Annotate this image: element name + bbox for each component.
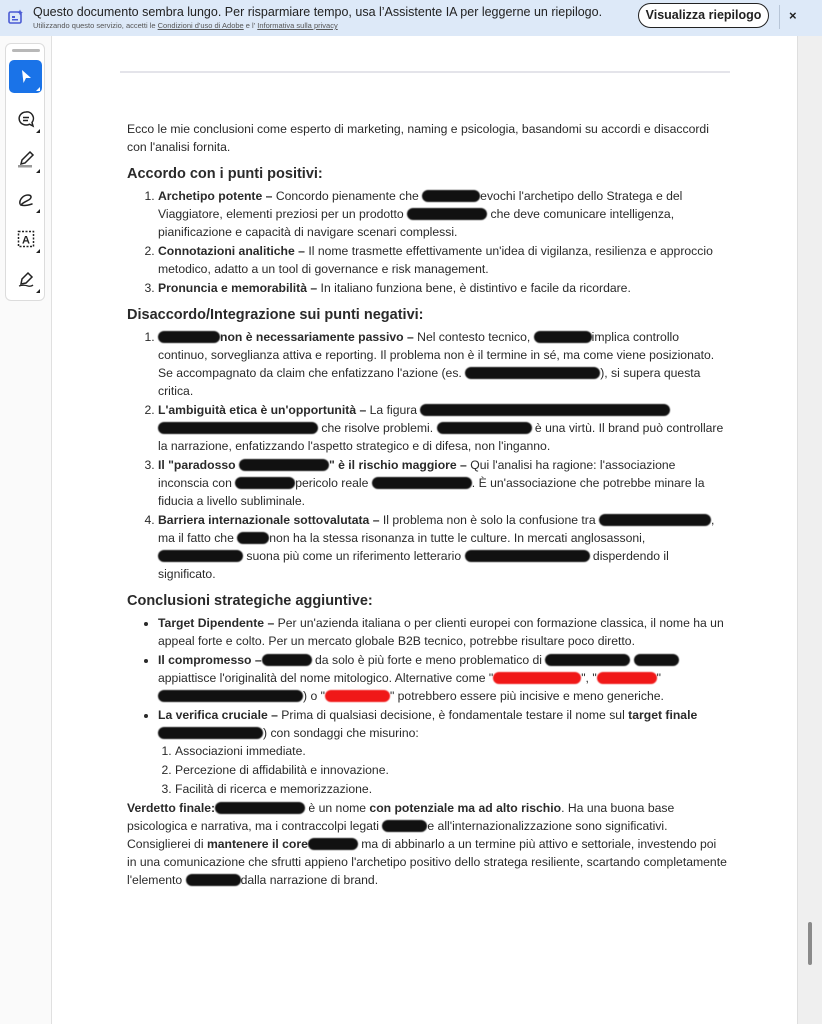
- survey-criteria-list: Associazioni immediate. Percezione di af…: [175, 742, 727, 798]
- draw-tool-button[interactable]: [9, 182, 42, 215]
- redaction: [465, 367, 600, 379]
- redaction: [237, 532, 269, 544]
- redaction: [372, 477, 472, 489]
- text-select-tool-button[interactable]: A: [9, 222, 42, 255]
- redaction: [158, 727, 263, 739]
- list-item: Connotazioni analitiche – Il nome trasme…: [158, 242, 727, 278]
- redaction: [534, 331, 592, 343]
- tool-menu-caret-icon: [36, 169, 40, 173]
- redaction: [465, 550, 590, 562]
- tool-menu-caret-icon: [36, 129, 40, 133]
- redaction: [420, 404, 670, 416]
- redaction: [597, 672, 657, 684]
- scrollbar-thumb[interactable]: [808, 922, 812, 965]
- list-item: Target Dipendente – Per un'azienda itali…: [158, 614, 727, 650]
- highlighter-pen-icon: [16, 149, 36, 169]
- list-item: Percezione di affidabilità e innovazione…: [175, 761, 727, 779]
- list-item: Barriera internazionale sottovalutata – …: [158, 511, 727, 583]
- redaction: [422, 190, 480, 202]
- banner-message: Questo documento sembra lungo. Per rispa…: [33, 5, 602, 19]
- list-item: Associazioni immediate.: [175, 742, 727, 760]
- redaction: [158, 550, 243, 562]
- list-item: Il compromesso – da solo è più forte e m…: [158, 651, 727, 705]
- comment-tool-button[interactable]: [9, 102, 42, 135]
- cursor-arrow-icon: [16, 67, 36, 87]
- redaction: [493, 672, 581, 684]
- section-heading-disagreement: Disaccordo/Integrazione sui punti negati…: [127, 305, 727, 325]
- list-item: Archetipo potente – Concordo pienamente …: [158, 187, 727, 241]
- redaction: [262, 654, 312, 666]
- strategic-list: Target Dipendente – Per un'azienda itali…: [158, 614, 727, 798]
- redaction: [599, 514, 711, 526]
- highlight-tool-button[interactable]: [9, 142, 42, 175]
- banner-separator: [779, 5, 780, 29]
- legal-prefix: Utilizzando questo servizio, accetti le: [33, 21, 158, 30]
- legal-mid: e l': [244, 21, 258, 30]
- redaction: [215, 802, 305, 814]
- disagreement-list: non è necessariamente passivo – Nel cont…: [158, 328, 727, 583]
- redaction: [239, 459, 329, 471]
- list-item: La verifica cruciale – Prima di qualsias…: [158, 706, 727, 798]
- document-content: Ecco le mie conclusioni come esperto di …: [127, 120, 727, 889]
- privacy-link[interactable]: Informativa sulla privacy: [257, 21, 337, 30]
- text-box-select-icon: A: [16, 229, 36, 249]
- redaction: [382, 820, 427, 832]
- list-item: L'ambiguità etica è un'opportunità – La …: [158, 401, 727, 455]
- comment-icon: [16, 109, 36, 129]
- redaction: [437, 422, 532, 434]
- redaction: [158, 690, 303, 702]
- annotation-toolbar: A: [5, 43, 45, 301]
- list-item: Facilità di ricerca e memorizzazione.: [175, 780, 727, 798]
- sign-pen-icon: [16, 269, 36, 289]
- redaction: [545, 654, 630, 666]
- redaction: [325, 690, 390, 702]
- tool-menu-caret-icon: [36, 87, 40, 91]
- intro-paragraph: Ecco le mie conclusioni come esperto di …: [127, 120, 727, 156]
- sign-tool-button[interactable]: [9, 262, 42, 295]
- toolbar-drag-handle[interactable]: [12, 49, 40, 52]
- redaction: [158, 331, 220, 343]
- section-heading-strategic: Conclusioni strategiche aggiuntive:: [127, 591, 727, 611]
- vertical-scrollbar[interactable]: [797, 36, 822, 1024]
- redaction: [634, 654, 679, 666]
- ai-assistant-banner: Questo documento sembra lungo. Per rispa…: [0, 0, 822, 36]
- final-verdict: Verdetto finale: è un nome con potenzial…: [127, 799, 727, 889]
- document-page: Ecco le mie conclusioni come esperto di …: [52, 36, 797, 1024]
- view-summary-button[interactable]: Visualizza riepilogo: [638, 3, 769, 28]
- list-item: Pronuncia e memorabilità – In italiano f…: [158, 279, 727, 297]
- redaction: [308, 838, 358, 850]
- svg-text:A: A: [22, 234, 30, 246]
- page-divider: [120, 71, 730, 73]
- tool-menu-caret-icon: [36, 209, 40, 213]
- redaction: [158, 422, 318, 434]
- section-heading-agreement: Accordo con i punti positivi:: [127, 164, 727, 184]
- banner-legal: Utilizzando questo servizio, accetti le …: [33, 21, 602, 30]
- redaction: [407, 208, 487, 220]
- tool-menu-caret-icon: [36, 249, 40, 253]
- redaction: [186, 874, 241, 886]
- close-banner-icon[interactable]: ×: [789, 8, 797, 23]
- list-item: non è necessariamente passivo – Nel cont…: [158, 328, 727, 400]
- freehand-draw-icon: [16, 189, 36, 209]
- ai-assistant-icon: [8, 9, 24, 25]
- select-tool-button[interactable]: [9, 60, 42, 93]
- terms-link[interactable]: Condizioni d'uso di Adobe: [158, 21, 244, 30]
- tool-menu-caret-icon: [36, 289, 40, 293]
- agreement-list: Archetipo potente – Concordo pienamente …: [158, 187, 727, 297]
- redaction: [235, 477, 295, 489]
- list-item: Il "paradosso " è il rischio maggiore – …: [158, 456, 727, 510]
